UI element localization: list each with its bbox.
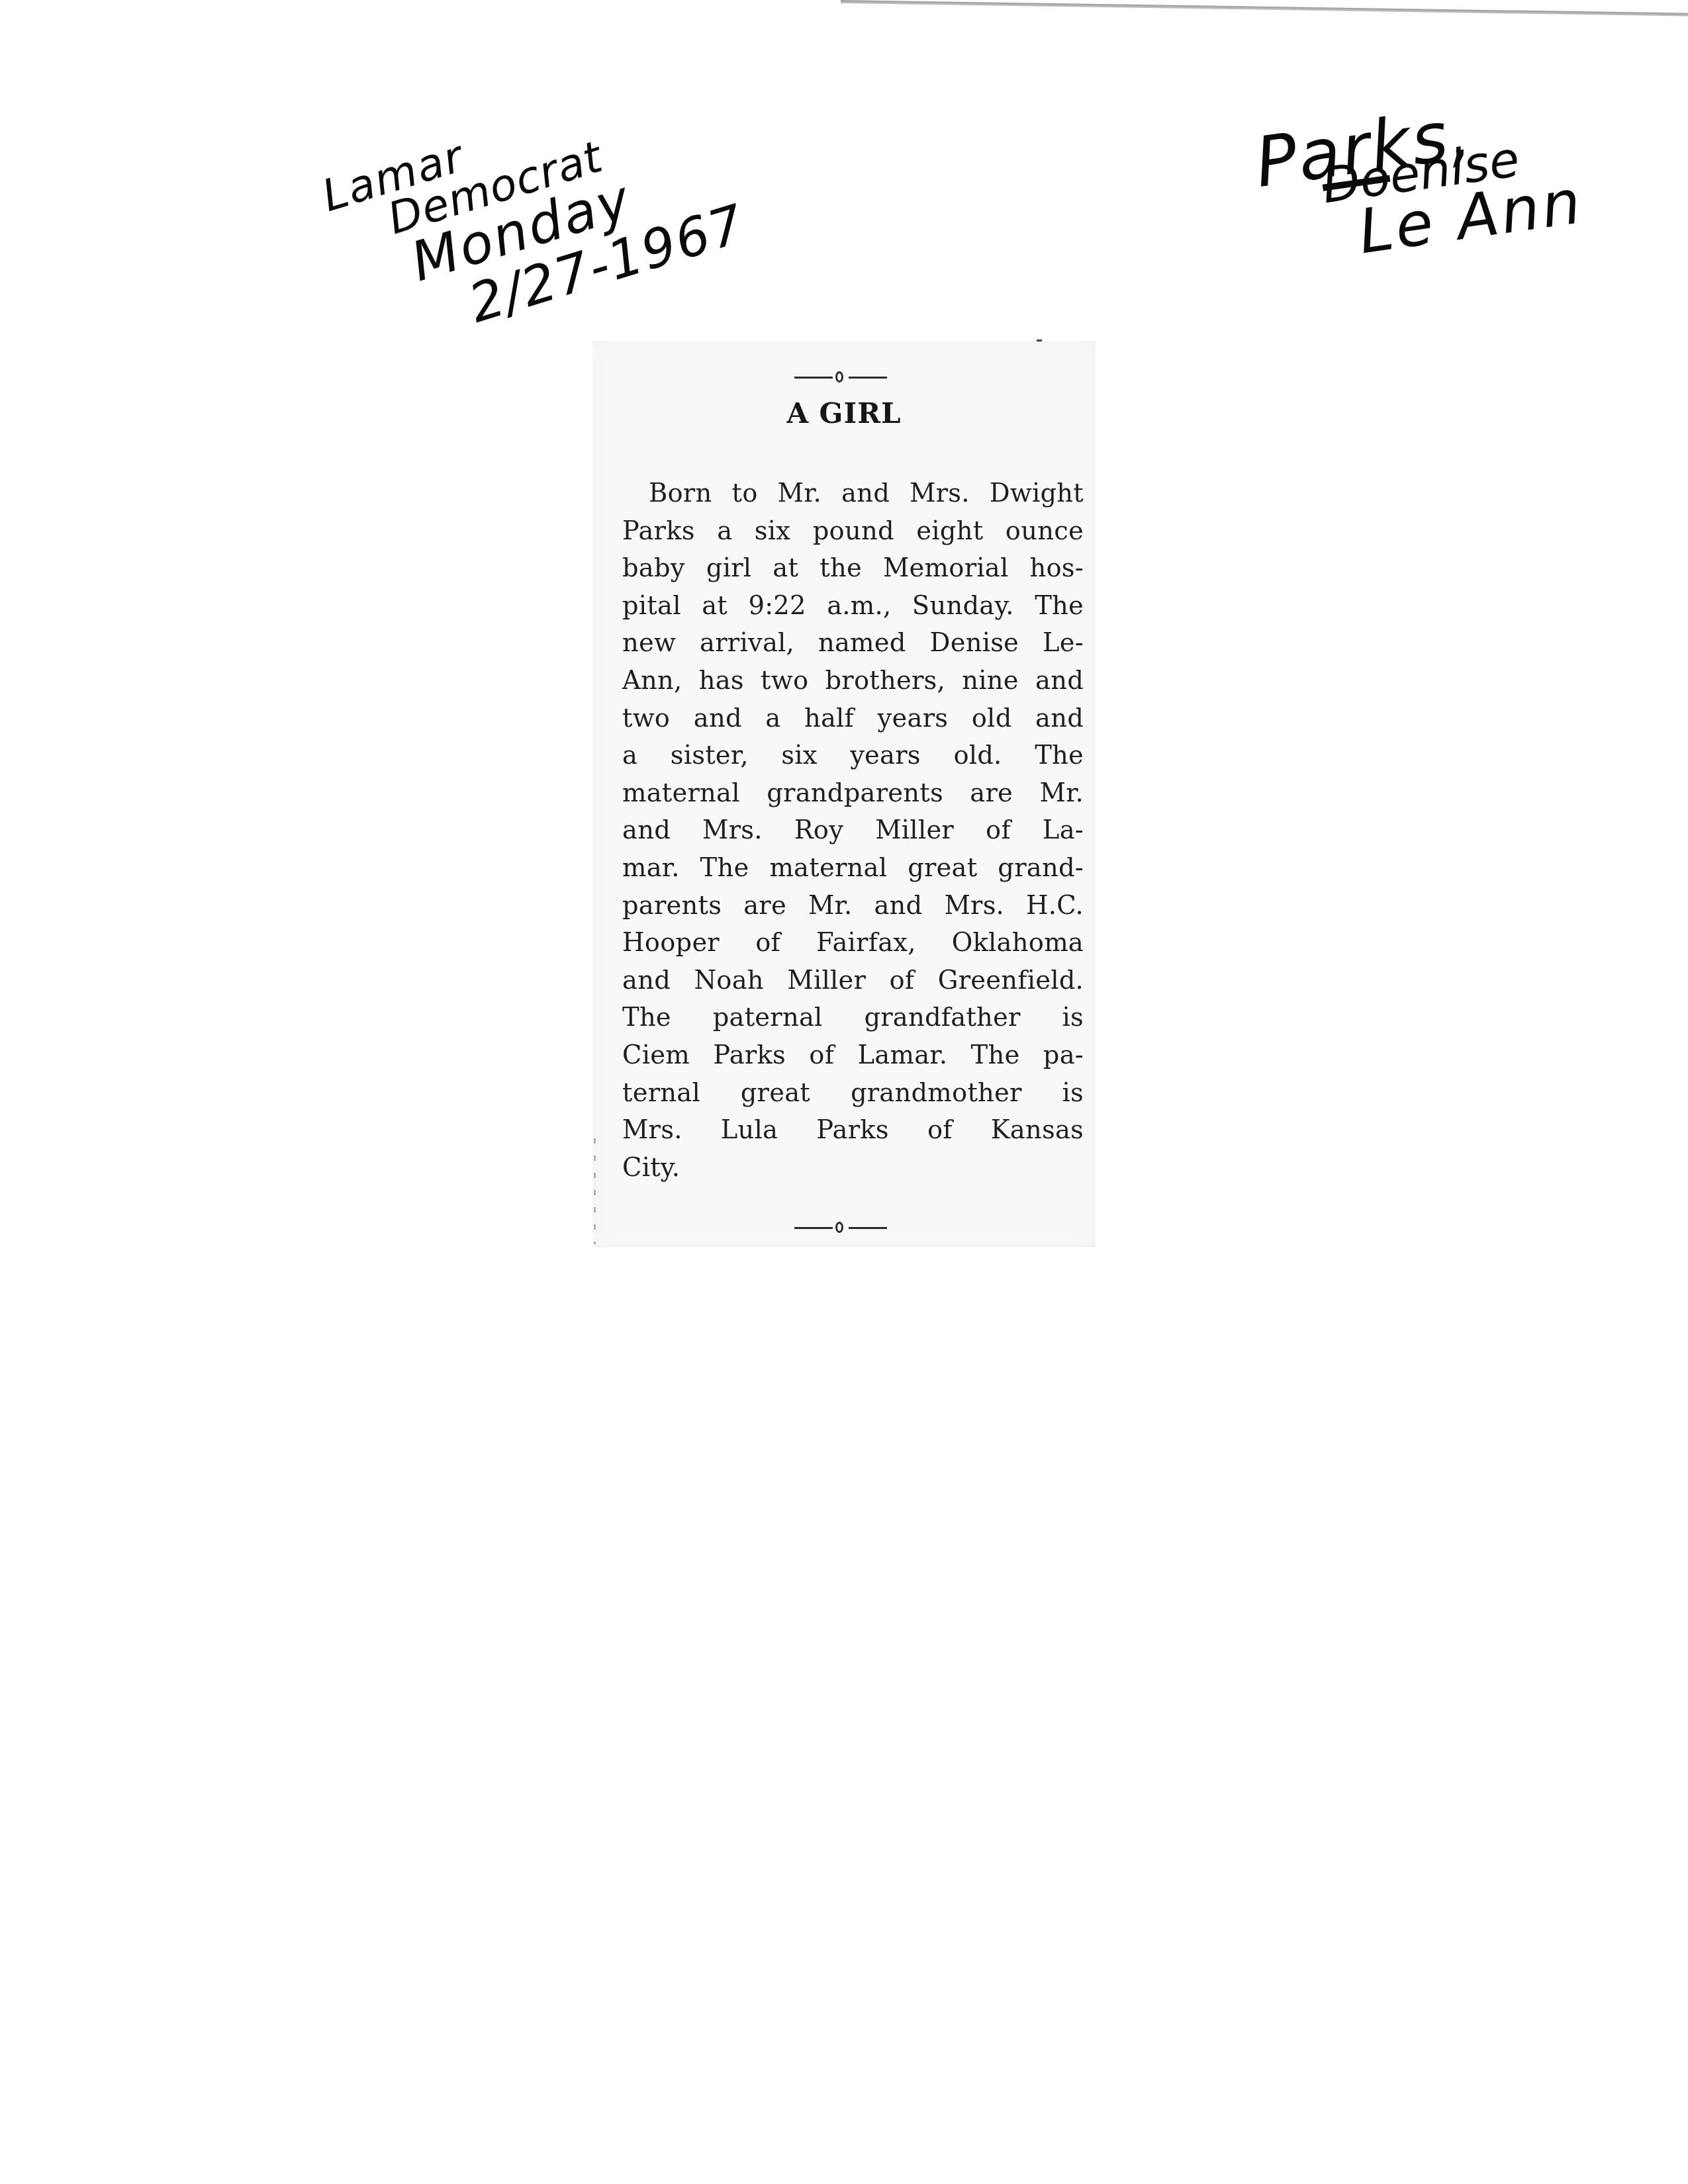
article-line: ternal great grandmother is — [622, 1075, 1084, 1113]
article-line: Born to Mr. and Mrs. Dwight — [622, 475, 1084, 513]
article-line: Ann, has two brothers, nine and — [622, 662, 1084, 700]
article-line: Parks a six pound eight ounce — [622, 513, 1084, 551]
article-line: maternal grandparents are Mr. — [622, 775, 1084, 813]
article-headline: A GIRL — [592, 397, 1096, 430]
divider-ring-icon — [835, 371, 843, 383]
article-line: baby girl at the Memorial hos- — [622, 550, 1084, 588]
divider-rule — [794, 1227, 833, 1229]
handwritten-name-note: Parks, Doenise Le Ann — [1251, 85, 1587, 276]
article-line: parents are Mr. and Mrs. H.C. — [622, 887, 1084, 925]
scan-page-edge — [841, 0, 1688, 17]
divider-rule — [849, 1227, 887, 1229]
article-line: mar. The maternal great grand- — [622, 850, 1084, 887]
ornament-divider-top — [794, 371, 887, 384]
ornament-divider-bottom — [794, 1221, 887, 1234]
article-line: Hooper of Fairfax, Oklahoma — [622, 925, 1084, 962]
article-line: Mrs. Lula Parks of Kansas — [622, 1112, 1084, 1150]
scan-speck — [1037, 340, 1042, 341]
article-line: two and a half years old and — [622, 700, 1084, 738]
article-line: and Mrs. Roy Miller of La- — [622, 812, 1084, 850]
article-line: Ciem Parks of Lamar. The pa- — [622, 1037, 1084, 1075]
article-body: Born to Mr. and Mrs. DwightParks a six p… — [622, 475, 1084, 1187]
struck-out-text: Do — [1319, 149, 1393, 214]
article-line: a sister, six years old. The — [622, 737, 1084, 775]
handwritten-source-note: Lamar Democrat Monday 2/27-1967 — [311, 62, 751, 365]
article-line: pital at 9:22 a.m., Sunday. The — [622, 588, 1084, 625]
article-line: and Noah Miller of Greenfield. — [622, 962, 1084, 1000]
article-line: new arrival, named Denise Le- — [622, 625, 1084, 662]
divider-rule — [794, 377, 833, 379]
divider-rule — [849, 377, 887, 379]
article-line: The paternal grandfather is — [622, 999, 1084, 1037]
clipping-cut-edge — [594, 1138, 596, 1244]
divider-ring-icon — [835, 1222, 843, 1233]
article-line: City. — [622, 1150, 1084, 1187]
